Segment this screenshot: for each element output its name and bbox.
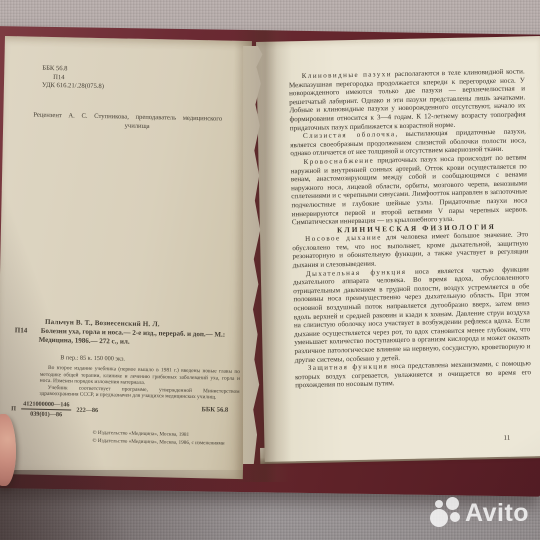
annotation-para2: Учебник соответствует программе, утвержд…	[39, 385, 239, 402]
page-number: 11	[504, 434, 511, 442]
paragraph-sphenoid: Клиновидные пазухи располагаются в теле …	[289, 67, 526, 132]
catalog-entry: П14Болезни уха, горла и носа.— 2-е изд.,…	[15, 326, 255, 349]
price-line: В пер.: 85 к. 150 000 экз.	[60, 354, 125, 362]
udk-code: УДК 616.21/.28(075.8)	[42, 82, 104, 92]
avito-logo-circle-small	[435, 500, 443, 508]
catalog-title-text: Болезни уха, горла и носа.— 2-е изд., пе…	[39, 327, 226, 346]
text-column: Клиновидные пазухи располагаются в теле …	[289, 67, 532, 390]
catalog-code: П14	[15, 326, 41, 336]
left-page: ББК 56.8 П14 УДК 616.21/.28(075.8) Рецен…	[0, 36, 252, 479]
index-prefix: П	[11, 405, 16, 412]
bbk-code-right: ББК 56.8	[201, 406, 228, 414]
publishing-index: П 4121000000—146 039(01)—86 222—86	[11, 400, 98, 419]
right-page: Клиновидные пазухи располагаются в теле …	[256, 36, 540, 462]
avito-logo-circle-tiny	[450, 512, 460, 522]
index-denominator: 039(01)—86	[21, 409, 72, 418]
avito-logo-circle-medium	[446, 497, 459, 510]
avito-watermark-label: Avito	[465, 497, 529, 529]
avito-watermark: Avito	[430, 497, 529, 529]
paragraph-text: носа является частью функции дыхательног…	[293, 265, 531, 364]
paragraph-respiratory-function: Дыхательная функция носа является частью…	[293, 265, 531, 364]
reviewer-note: Рецензент А. С. Ступникова, преподавател…	[33, 111, 241, 133]
index-fraction: 4121000000—146 039(01)—86	[21, 400, 72, 418]
paragraph-nasal-breathing: Носовое дыхание для человека имеет больш…	[292, 231, 529, 270]
annotation: Во второе издание учебника (первое вышло…	[39, 365, 240, 402]
paragraph-protective-function: Защитная функция носа представлена механ…	[295, 360, 531, 391]
bibliographic-codes: ББК 56.8 П14 УДК 616.21/.28(075.8)	[42, 65, 105, 92]
copyright-line2: © Издательство «Медицина», Москва, 1986,…	[92, 438, 224, 448]
paragraph-blood-supply: Кровоснабжение придаточных пазух носа пр…	[290, 153, 527, 227]
listing-photo: ББК 56.8 П14 УДК 616.21/.28(075.8) Рецен…	[0, 0, 540, 540]
index-suffix: 222—86	[76, 407, 98, 414]
avito-logo-circle-large	[430, 509, 448, 527]
copyright-block: © Издательство «Медицина», Москва, 1981 …	[92, 430, 224, 448]
avito-logo-icon	[430, 497, 462, 529]
